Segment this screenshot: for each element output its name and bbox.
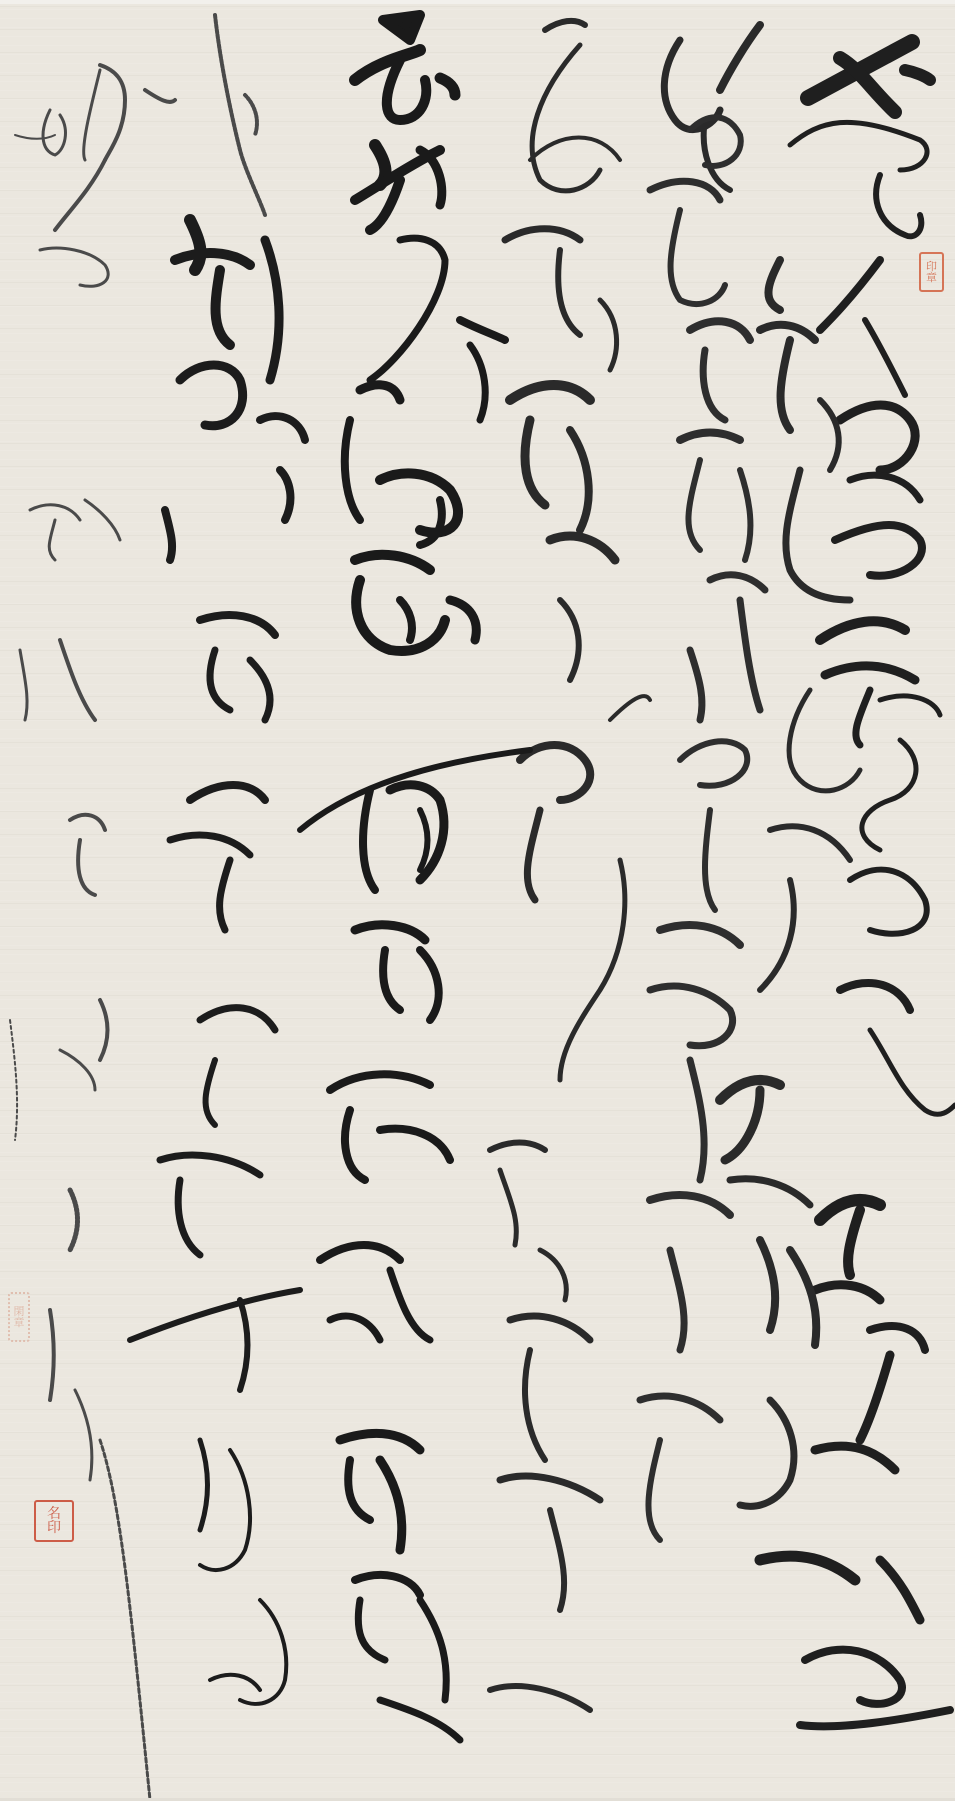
seal-left-faint: 閑 章 bbox=[8, 1292, 30, 1342]
seal-glyph: 名 bbox=[47, 1507, 61, 1521]
column-5 bbox=[300, 15, 530, 1740]
seal-bottom-left: 名 印 bbox=[34, 1500, 74, 1542]
seal-glyph: 章 bbox=[926, 272, 937, 283]
seal-glyph: 章 bbox=[14, 1317, 25, 1328]
calligraphy-scroll: 印 章 閑 章 名 印 Chinese cursive calligraphy … bbox=[0, 0, 955, 1801]
column-3 bbox=[640, 117, 765, 1540]
seal-glyph: 印 bbox=[47, 1521, 61, 1535]
column-4 bbox=[490, 21, 650, 1710]
calligraphy-ink-strokes bbox=[0, 0, 955, 1801]
seal-top-right: 印 章 bbox=[919, 252, 944, 292]
column-6 bbox=[130, 220, 305, 1704]
